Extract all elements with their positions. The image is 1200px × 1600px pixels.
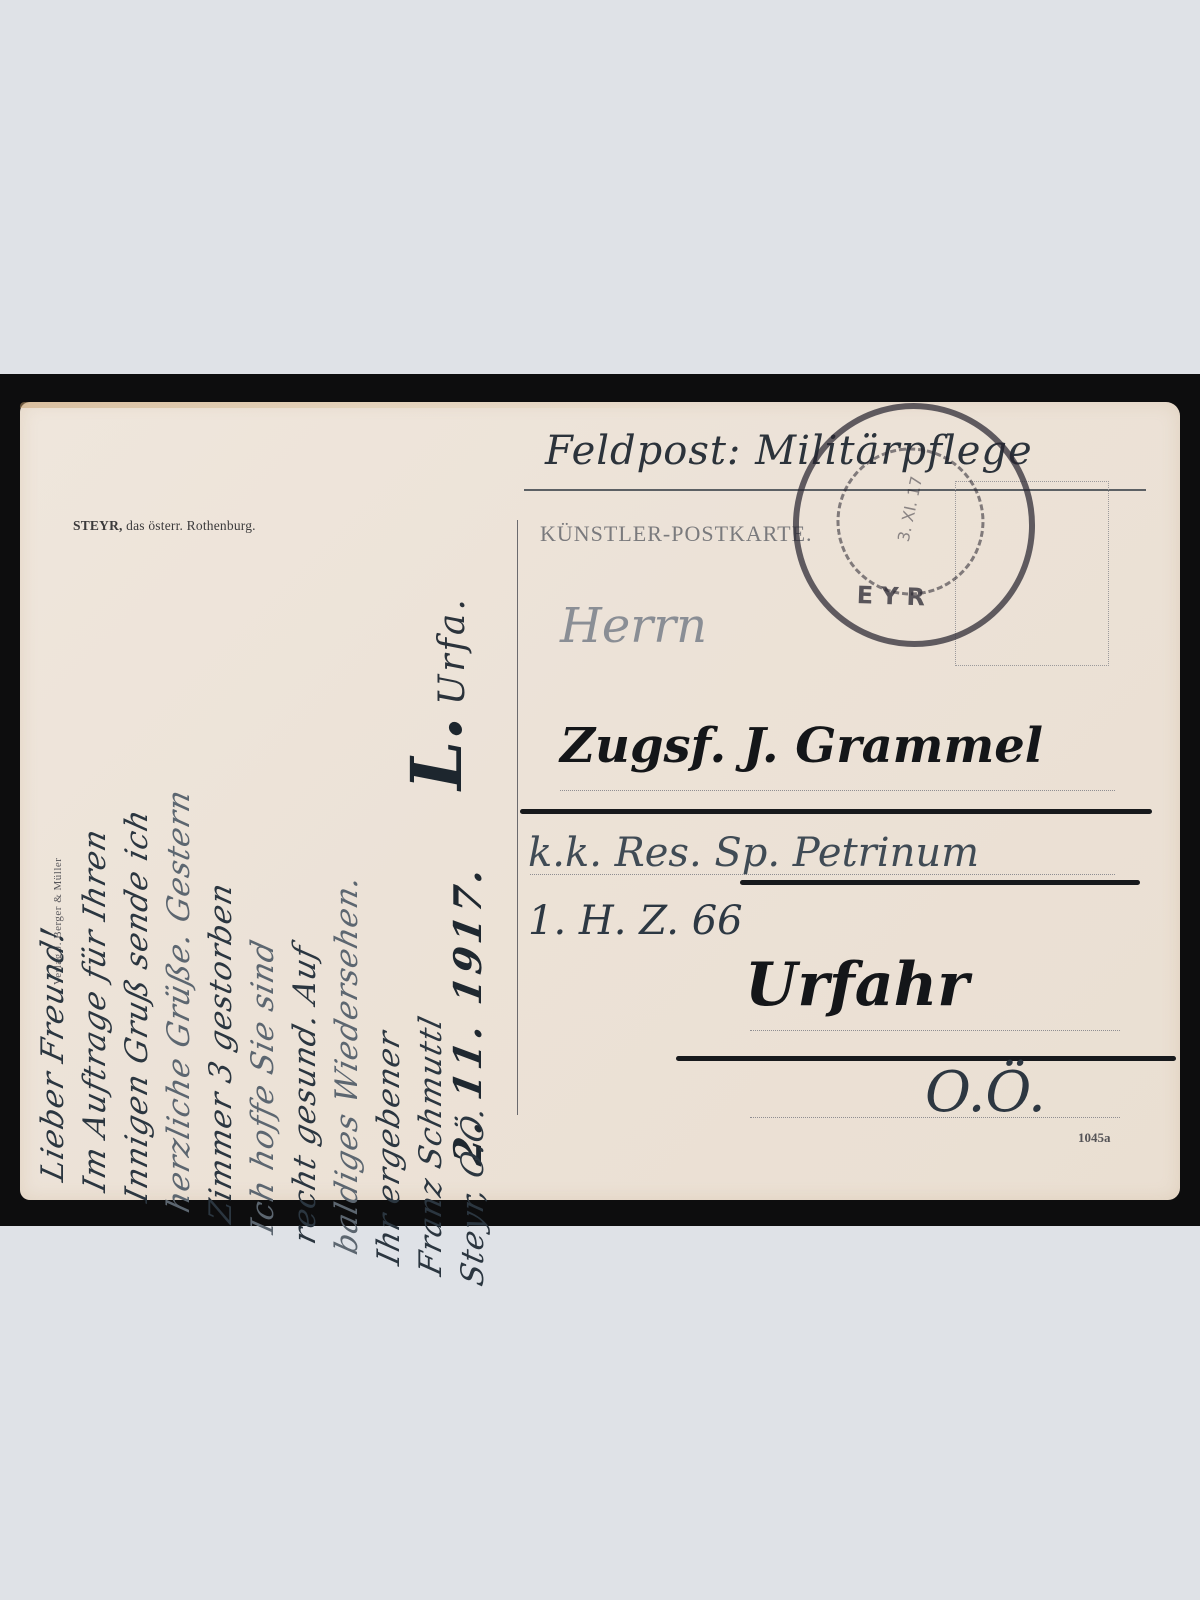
postmark-place: EYR <box>856 581 933 612</box>
address-rule <box>750 1030 1120 1031</box>
card-number: 1045a <box>1078 1130 1111 1146</box>
message-address-divider <box>517 520 518 1115</box>
message-signature: Franz Schmuttl <box>410 629 452 1279</box>
message-line: Zimmer 3 gestorben <box>200 577 242 1227</box>
message-line: Lieber Freund! <box>32 535 74 1185</box>
recipient-name: Zugsf. J. Grammel <box>560 718 1043 774</box>
recipient-region: O.Ö. <box>925 1060 1046 1125</box>
message-line: baldiges Wiedersehen. <box>326 608 368 1258</box>
message-line: Ich hoffe Sie sind <box>242 587 284 1237</box>
message-line: herzliche Grüße. Gestern <box>158 566 200 1216</box>
message-sender-place: Steyr, O.Ö. <box>452 640 494 1290</box>
caption-rest: das österr. Rothenburg. <box>123 518 256 533</box>
card-title: KÜNSTLER-POSTKARTE. <box>540 521 813 547</box>
address-rule <box>560 790 1115 791</box>
message-body: Lieber Freund! Im Auftrage für Ihren Inn… <box>32 535 512 1295</box>
recipient-ward: 1. H. Z. 66 <box>528 898 743 944</box>
message-line: Innigen Gruß sende ich <box>116 556 158 1206</box>
paper-stain <box>20 402 1180 408</box>
recipient-unit: k.k. Res. Sp. Petrinum <box>528 830 979 876</box>
caption-city: STEYR, <box>73 518 123 533</box>
printed-caption: STEYR, das österr. Rothenburg. <box>73 518 256 534</box>
address-salutation: Herrn <box>560 598 707 654</box>
message-line: Im Auftrage für Ihren <box>74 545 116 1195</box>
message-line: Ihr ergebener <box>368 619 410 1269</box>
recipient-town: Urfahr <box>745 950 969 1020</box>
ink-underline <box>520 809 1152 814</box>
ink-underline <box>740 880 1140 885</box>
message-line: recht gesund. Auf <box>284 598 326 1248</box>
